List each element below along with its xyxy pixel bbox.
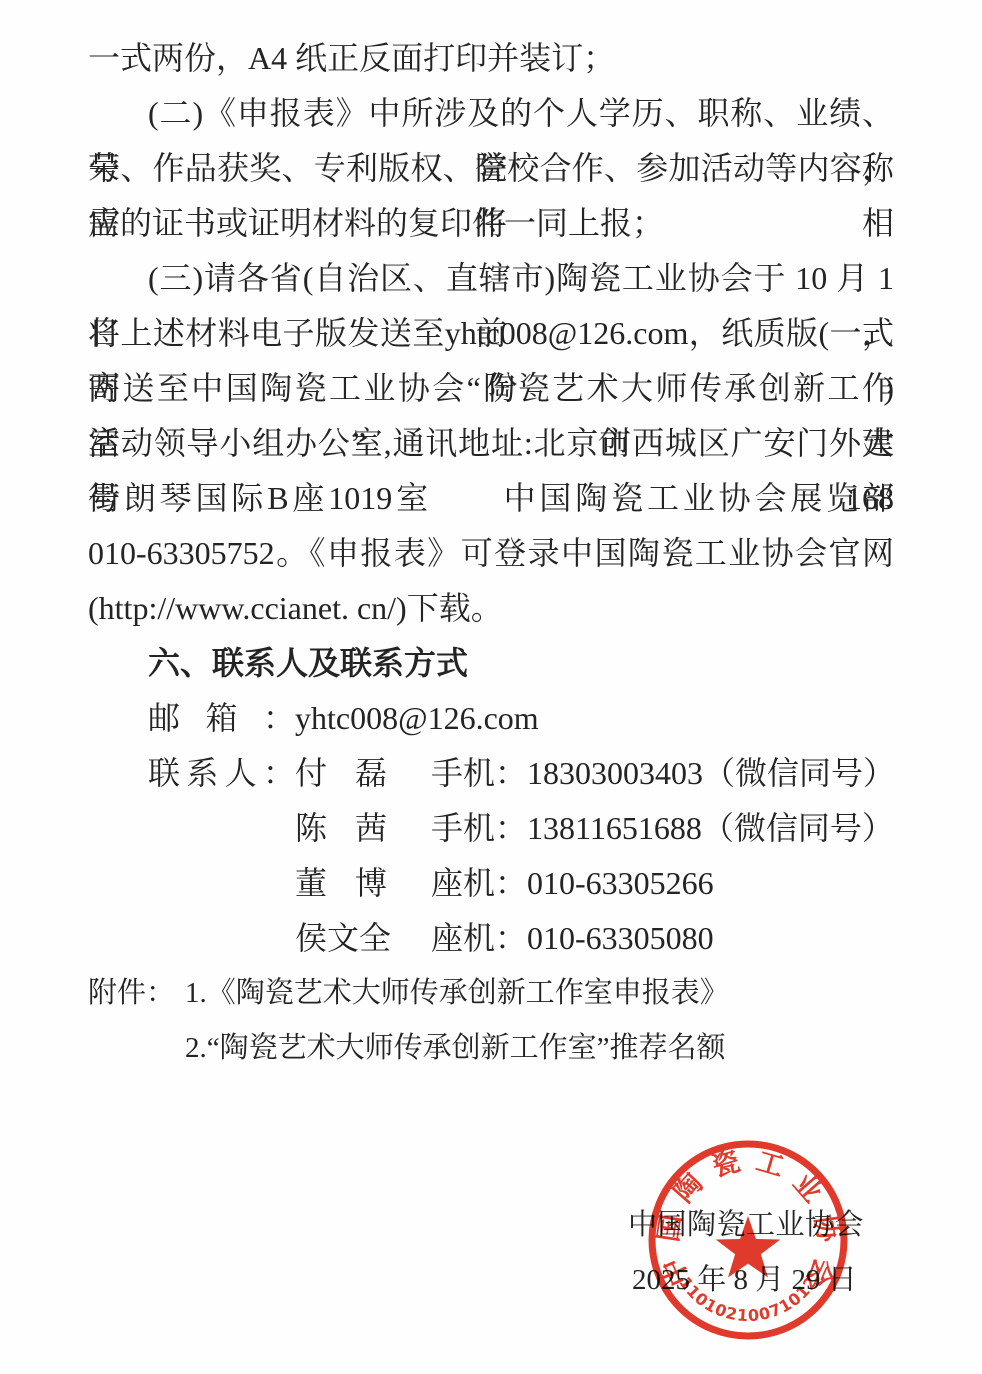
body-line: (http://www.ccianet. cn/)下载。 [88,581,894,636]
body-line: 一式两份，A4 纸正反面打印并装订； [88,31,894,86]
body-line: 将上述材料电子版发送至yhtc008@126.com，纸质版(一式两份) [88,306,894,361]
contact-phone-label: 座机： [431,865,527,901]
contact-row: 董博座机：010-63305266 [88,856,894,911]
email-label: 邮箱： [148,691,295,746]
email-value: yhtc008@126.com [295,700,539,736]
contact-row: 联系人：付磊手机：18303003403（微信同号） [88,746,894,801]
body-line: 010-63305752。《申报表》可登录中国陶瓷工业协会官网 [88,526,894,581]
body-line: (三)请各省(自治区、直辖市)陶瓷工业协会于 10 月 1 日前， [88,251,894,306]
contact-note: （微信同号） [703,755,895,791]
svg-text:陶: 陶 [668,1167,709,1208]
contact-name: 侯文全 [295,911,387,966]
attachment-item: 1.《陶瓷艺术大师传承创新工作室申报表》 [185,977,729,1009]
svg-text:国: 国 [653,1213,687,1244]
contact-name: 董博 [295,856,387,911]
attachments-row: 附件：1.《陶瓷艺术大师传承创新工作室申报表》 [88,966,894,1021]
scanned-document-page: 一式两份，A4 纸正反面打印并装订； (二)《申报表》中所涉及的个人学历、职称、… [0,0,982,1374]
body-line: 号、作品获奖、专利版权、院校合作、参加活动等内容，需将相 [88,141,894,196]
body-line: 寄送至中国陶瓷工业协会“陶瓷艺术大师传承创新工作室”创建 [88,361,894,416]
contact-number: 010-63305266 [527,865,714,901]
attachments-label: 附件： [88,966,185,1021]
section-heading: 六、联系人及联系方式 [88,636,894,691]
document-body: 一式两份，A4 纸正反面打印并装订； (二)《申报表》中所涉及的个人学历、职称、… [88,31,894,1076]
attachments-row: 2.“陶瓷艺术大师传承创新工作室”推荐名额 [88,1021,894,1076]
contact-number: 010-63305080 [527,920,714,956]
body-line: (二)《申报表》中所涉及的个人学历、职称、业绩、荣誉称 [88,86,894,141]
contact-name: 付磊 [295,746,387,801]
email-row: 邮箱：yhtc008@126.com [88,691,894,746]
svg-text:协: 协 [809,1213,843,1245]
body-line: 号朗琴国际B座1019室 中国陶瓷工业协会展览部 [88,471,894,526]
red-star-icon [716,1216,781,1278]
contact-row: 陈茜手机：13811651688（微信同号） [88,801,894,856]
contact-phone-label: 手机： [431,810,527,846]
svg-text:工: 工 [753,1146,787,1182]
contact-phone-label: 手机： [431,755,527,791]
contact-name: 陈茜 [295,801,387,856]
contact-phone-label: 座机： [431,920,527,956]
contact-number: 18303003403 [527,755,703,791]
contact-row: 侯文全座机：010-63305080 [88,911,894,966]
contact-note: （微信同号） [702,810,894,846]
body-line: 活动领导小组办公室,通讯地址:北京市西城区广安门外大街168 [88,416,894,471]
contact-person-label: 联系人： [148,746,295,801]
contact-number: 13811651688 [527,810,702,846]
attachment-item: 2.“陶瓷艺术大师传承创新工作室”推荐名额 [185,1032,726,1064]
official-seal-stamp-icon: 中国陶瓷工业协会 11010210071012 [638,1130,858,1350]
